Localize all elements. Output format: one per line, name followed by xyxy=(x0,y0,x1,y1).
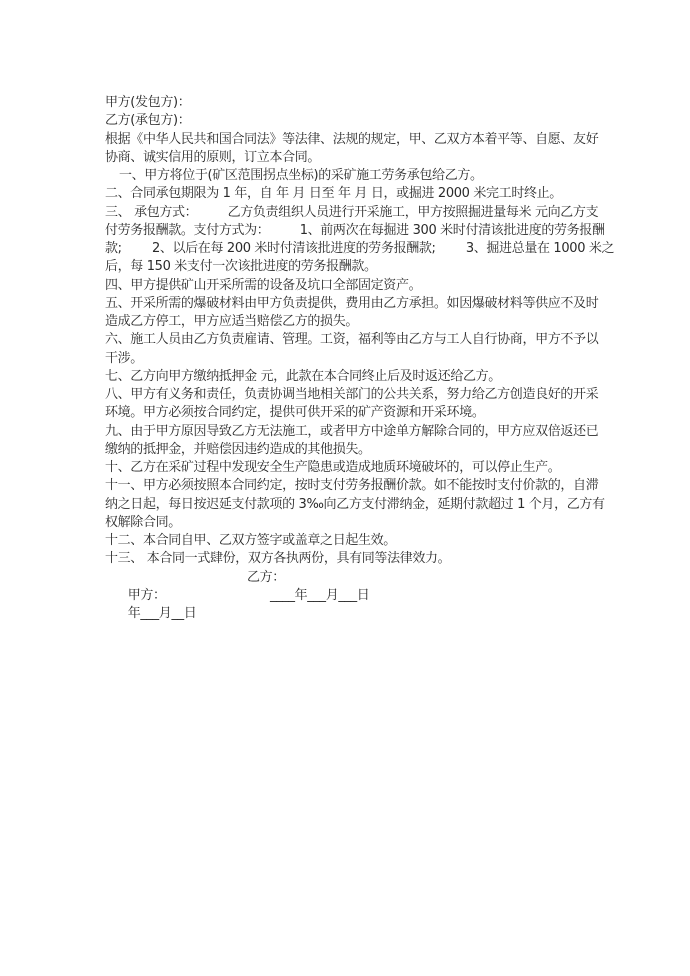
clause-11-line-2: 纳之日起，每日按迟延支付款项的 3‰向乙方支付滞纳金，延期付款超过 1 个月，乙… xyxy=(105,496,605,514)
clause-3-line-4: 后，每 150 米支付一次该批进度的劳务报酬款。 xyxy=(105,258,605,276)
party-b-signature-label: 乙方： xyxy=(247,569,285,587)
clause-6-line-1: 六、施工人员由乙方负责雇请、管理。工资，福利等由乙方与工人自行协商，甲方不予以 xyxy=(105,331,605,349)
date-row: 年___月__日 ____年___月___日 xyxy=(105,587,605,605)
clause-7: 七、乙方向甲方缴纳抵押金 元，此款在本合同终止后及时返还给乙方。 xyxy=(105,368,605,386)
clause-12: 十二、本合同自甲、乙双方签字或盖章之日起生效。 xyxy=(105,532,605,550)
party-b-header: 乙方(承包方)： xyxy=(105,112,605,130)
clause-1: 一、甲方将位于(矿区范围拐点坐标)的采矿施工劳务承包给乙方。 xyxy=(105,167,605,185)
clause-6-line-2: 干涉。 xyxy=(105,350,605,368)
signature-row: 甲方： 乙方： xyxy=(105,569,605,587)
clause-8-line-2: 环境。甲方必须按合同约定，提供可供开采的矿产资源和开采环境。 xyxy=(105,404,605,422)
clause-8-line-1: 八、甲方有义务和责任，负责协调当地相关部门的公共关系，努力给乙方创造良好的开采 xyxy=(105,386,605,404)
contract-body: 甲方(发包方)： 乙方(承包方)： 根据《中华人民共和国合同法》等法律、法规的规… xyxy=(105,94,605,605)
clause-11-line-1: 十一、甲方必须按照本合同约定，按时支付劳务报酬价款。如不能按时支付价款的，自滞 xyxy=(105,477,605,495)
clause-5-line-2: 造成乙方停工，甲方应适当赔偿乙方的损失。 xyxy=(105,313,605,331)
clause-13: 十三、 本合同一式肆份，双方各执两份，具有同等法律效力。 xyxy=(105,550,605,568)
party-b-date: ____年___月___日 xyxy=(270,587,369,605)
preamble-line-2: 协商、诚实信用的原则，订立本合同。 xyxy=(105,149,605,167)
clause-2: 二、合同承包期限为 1 年，自 年 月 日至 年 月 日，或掘进 2000 米完… xyxy=(105,185,605,203)
clause-5-line-1: 五、开采所需的爆破材料由甲方负责提供，费用由乙方承担。如因爆破材料等供应不及时 xyxy=(105,295,605,313)
clause-10: 十、乙方在采矿过程中发现安全生产隐患或造成地质环境破坏的，可以停止生产。 xyxy=(105,459,605,477)
preamble-line-1: 根据《中华人民共和国合同法》等法律、法规的规定，甲、乙双方本着平等、自愿、友好 xyxy=(105,131,605,149)
document-page: 甲方(发包方)： 乙方(承包方)： 根据《中华人民共和国合同法》等法律、法规的规… xyxy=(0,0,690,976)
clause-3-line-3: 款; 2、以后在每 200 米时付清该批进度的劳务报酬款; 3、掘进总量在 10… xyxy=(105,240,605,258)
clause-3-line-1: 三、 承包方式： 乙方负责组织人员进行开采施工，甲方按照掘进量每米 元向乙方支 xyxy=(105,204,605,222)
clause-11-line-3: 权解除合同。 xyxy=(105,514,605,532)
party-a-header: 甲方(发包方)： xyxy=(105,94,605,112)
clause-3-line-2: 付劳务报酬款。支付方式为： 1、前两次在每掘进 300 米时付清该批进度的劳务报… xyxy=(105,222,605,240)
clause-4: 四、甲方提供矿山开采所需的设备及坑口全部固定资产。 xyxy=(105,277,605,295)
party-a-date: 年___月__日 xyxy=(128,606,197,621)
clause-9-line-1: 九、由于甲方原因导致乙方无法施工，或者甲方中途单方解除合同的，甲方应双倍返还已 xyxy=(105,423,605,441)
clause-9-line-2: 缴纳的抵押金，并赔偿因违约造成的其他损失。 xyxy=(105,441,605,459)
